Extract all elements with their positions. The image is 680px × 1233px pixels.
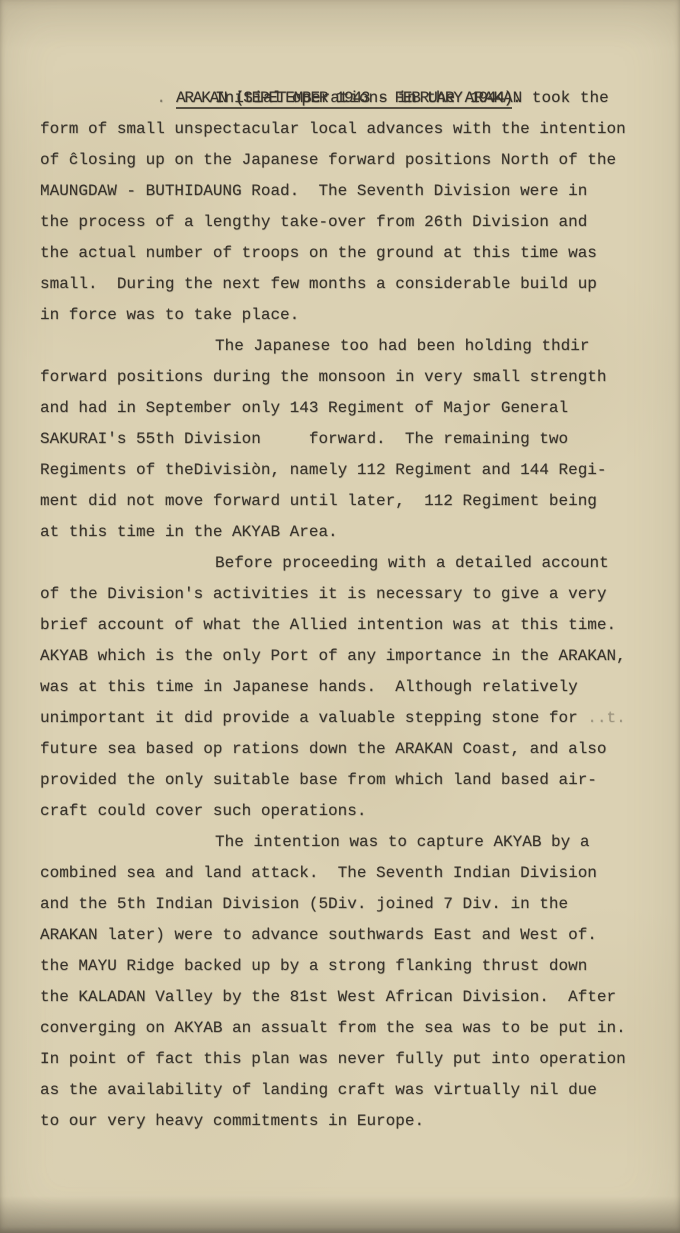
text-line: provided the only suitable base from whi… (40, 765, 680, 796)
text-line: and the 5th Indian Division (5Div. joine… (40, 889, 680, 920)
stray-mark: . (156, 89, 166, 107)
text-line: future sea based op rations down the ARA… (40, 734, 680, 765)
text-line: In point of fact this plan was never ful… (40, 1044, 680, 1075)
text-line: the KALADAN Valley by the 81st West Afri… (40, 982, 680, 1013)
text-line: craft could cover such operations. (40, 796, 680, 827)
text-line: the process of a lengthy take-over from … (40, 207, 680, 238)
text-line: of ĉlosing up on the Japanese forward po… (40, 145, 680, 176)
text-line: Before proceeding with a detailed accoun… (40, 548, 680, 579)
document-page: .ARAKAN (SEPETEMBER 1943 - FEBRUARY 1944… (0, 0, 680, 1233)
text-line: of the Division's activities it is neces… (40, 579, 680, 610)
text-line: SAKURAI's 55th Division forward. The rem… (40, 424, 680, 455)
text-line: the actual number of troops on the groun… (40, 238, 680, 269)
text-line: The Japanese too had been holding thdir (40, 331, 680, 362)
text-line: converging on AKYAB an assualt from the … (40, 1013, 680, 1044)
text-line: to our very heavy commitments in Europe. (40, 1106, 680, 1137)
document-title: .ARAKAN (SEPETEMBER 1943 - FEBRUARY 1944… (40, 52, 680, 83)
text-line: ment did not move forward until later, 1… (40, 486, 680, 517)
text-line: at this time in the AKYAB Area. (40, 517, 680, 548)
text-line: unimportant it did provide a valuable st… (40, 703, 680, 734)
text-line: as the availability of landing craft was… (40, 1075, 680, 1106)
text-line: AKYAB which is the only Port of any impo… (40, 641, 680, 672)
text-line: in force was to take place. (40, 300, 680, 331)
text-line: MAUNGDAW - BUTHIDAUNG Road. The Seventh … (40, 176, 680, 207)
text-line: ARAKAN later) were to advance southwards… (40, 920, 680, 951)
text-line: Regiments of theDivisiòn, namely 112 Reg… (40, 455, 680, 486)
text-line: The intention was to capture AKYAB by a (40, 827, 680, 858)
text-line: the MAYU Ridge backed up by a strong fla… (40, 951, 680, 982)
text-line: forward positions during the monsoon in … (40, 362, 680, 393)
faint-typed-fragment: ..t. (578, 709, 626, 727)
text-line: was at this time in Japanese hands. Alth… (40, 672, 680, 703)
text-line: brief account of what the Allied intenti… (40, 610, 680, 641)
text-line: combined sea and land attack. The Sevent… (40, 858, 680, 889)
text-line: form of small unspectacular local advanc… (40, 114, 680, 145)
text-line: and had in September only 143 Regiment o… (40, 393, 680, 424)
text-line-main: unimportant it did provide a valuable st… (40, 709, 578, 727)
text-line: small. During the next few months a cons… (40, 269, 680, 300)
